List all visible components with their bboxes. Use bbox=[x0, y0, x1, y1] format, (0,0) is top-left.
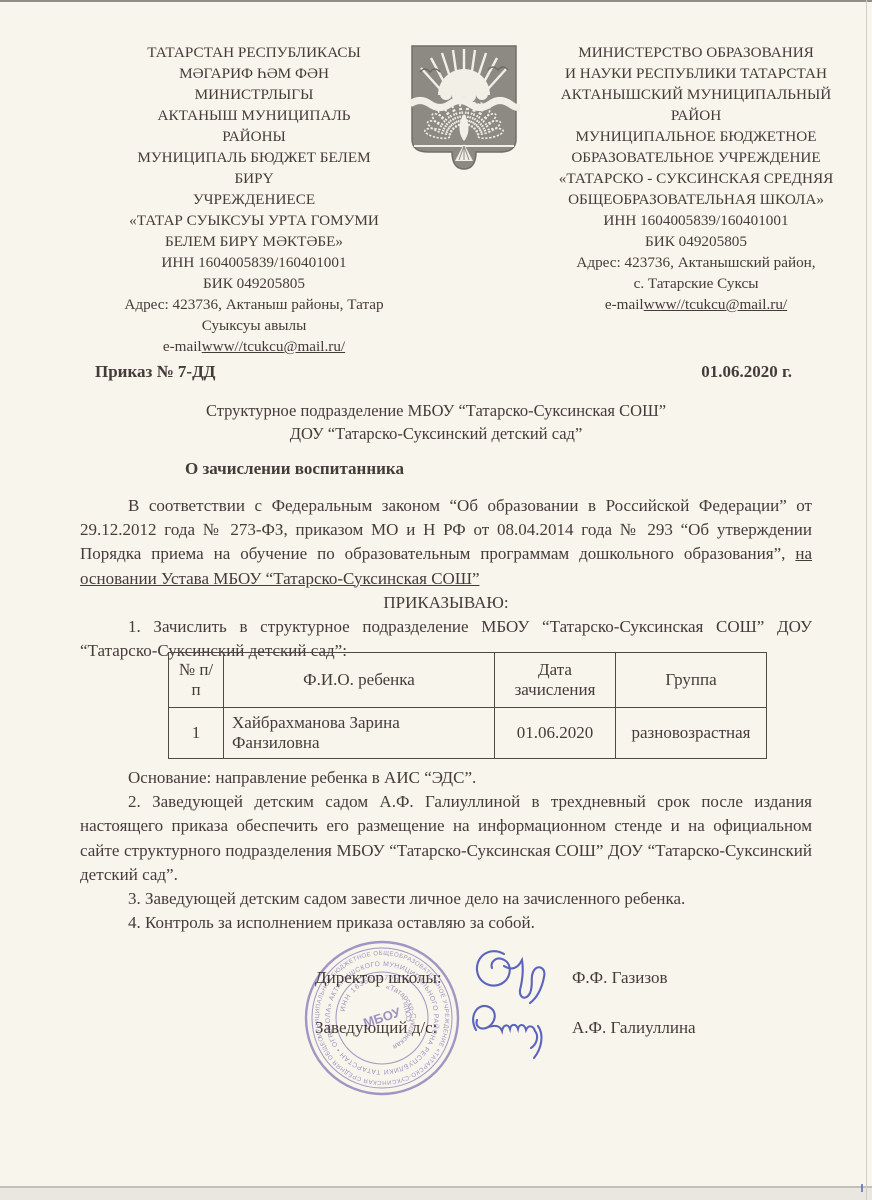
subject-line: ДОУ “Татарско-Суксинский детский сад” bbox=[0, 422, 872, 445]
header-line: МУНИЦИПАЛЬ БЮДЖЕТ БЕЛЕМ bbox=[88, 147, 420, 168]
header-line: МУНИЦИПАЛЬНОЕ БЮДЖЕТНОЕ bbox=[526, 126, 866, 147]
table-header-row: № п/п Ф.И.О. ребенка Дата зачисления Гру… bbox=[169, 653, 767, 708]
column-header: № п/п bbox=[169, 653, 224, 708]
column-header: Группа bbox=[616, 653, 767, 708]
header-line: БЕЛЕМ БИРҮ МӘКТӘБЕ» bbox=[88, 231, 420, 252]
header-line: И НАУКИ РЕСПУБЛИКИ ТАТАРСТАН bbox=[526, 63, 866, 84]
header-email-line: e-mailwww//tcukcu@mail.ru/ bbox=[526, 294, 866, 315]
header-line: «ТАТАР СУЫКСУЫ УРТА ГОМУМИ bbox=[88, 210, 420, 231]
header-line: БИК 049205805 bbox=[526, 231, 866, 252]
header-line: МИНИСТЕРСТВО ОБРАЗОВАНИЯ bbox=[526, 42, 866, 63]
order-date: 01.06.2020 г. bbox=[701, 362, 792, 382]
header-line: Адрес: 423736, Актаныш районы, Татар bbox=[88, 294, 420, 315]
header-line: Адрес: 423736, Актанышский район, bbox=[526, 252, 866, 273]
preamble-text: В соответствии с Федеральным законом “Об… bbox=[80, 496, 812, 563]
header-line: МИНИСТРЛЫГЫ bbox=[88, 84, 420, 105]
order-subject: Структурное подразделение МБОУ “Татарско… bbox=[0, 399, 872, 445]
table-row: 1 Хайбрахманова Зарина Фанзиловна 01.06.… bbox=[169, 708, 767, 759]
header-line: ТАТАРСТАН РЕСПУБЛИКАСЫ bbox=[88, 42, 420, 63]
head-signature bbox=[462, 996, 578, 1075]
order-number-row: Приказ № 7-ДД 01.06.2020 г. bbox=[95, 362, 792, 382]
school-round-stamp: МУНИЦИПАЛЬНОЕ БЮДЖЕТНОЕ ОБЩЕОБРАЗОВАТЕЛЬ… bbox=[302, 938, 462, 1103]
column-header: Дата зачисления bbox=[495, 653, 616, 708]
resolve-word: ПРИКАЗЫВАЮ: bbox=[80, 591, 812, 615]
header-line: с. Татарские Суксы bbox=[526, 273, 866, 294]
scan-artifact-tick bbox=[861, 1184, 863, 1192]
header-line: РАЙОН bbox=[526, 105, 866, 126]
header-line: МӘГАРИФ ҺӘМ ФӘН bbox=[88, 63, 420, 84]
header-line: УЧРЕЖДЕНИЕСЕ bbox=[88, 189, 420, 210]
order-body-top: В соответствии с Федеральным законом “Об… bbox=[80, 494, 812, 663]
header-line: Суыксуы авылы bbox=[88, 315, 420, 336]
preamble-paragraph: В соответствии с Федеральным законом “Об… bbox=[80, 494, 812, 591]
order-item-2: 2. Заведующей детским садом А.Ф. Галиулл… bbox=[80, 790, 812, 887]
order-item-4: 4. Контроль за исполнением приказа остав… bbox=[80, 911, 812, 935]
header-line: АКТАНЫШСКИЙ МУНИЦИПАЛЬНЫЙ bbox=[526, 84, 866, 105]
header-email-line: e-mailwww//tcukcu@mail.ru/ bbox=[88, 336, 420, 357]
email-prefix: e-mail bbox=[163, 338, 202, 355]
scan-edge-right bbox=[866, 0, 867, 1200]
signature-name-head: А.Ф. Галиуллина bbox=[572, 1018, 696, 1038]
header-line: БИК 049205805 bbox=[88, 273, 420, 294]
cell-group: разновозрастная bbox=[616, 708, 767, 759]
cell-enroll-date: 01.06.2020 bbox=[495, 708, 616, 759]
basis-line: Основание: направление ребенка в АИС “ЭД… bbox=[80, 766, 812, 790]
email-prefix: e-mail bbox=[605, 296, 644, 313]
subject-line: Структурное подразделение МБОУ “Татарско… bbox=[0, 399, 872, 422]
order-item-3: 3. Заведующей детским садом завести личн… bbox=[80, 887, 812, 911]
header-line: АКТАНЫШ МУНИЦИПАЛЬ bbox=[88, 105, 420, 126]
column-header: Ф.И.О. ребенка bbox=[224, 653, 495, 708]
header-line: ОБЩЕОБРАЗОВАТЕЛЬНАЯ ШКОЛА» bbox=[526, 189, 866, 210]
enrollment-table: № п/п Ф.И.О. ребенка Дата зачисления Гру… bbox=[168, 652, 767, 759]
header-line: БИРҮ bbox=[88, 168, 420, 189]
header-line: ОБРАЗОВАТЕЛЬНОЕ УЧРЕЖДЕНИЕ bbox=[526, 147, 866, 168]
header-right-column: МИНИСТЕРСТВО ОБРАЗОВАНИЯ И НАУКИ РЕСПУБЛ… bbox=[526, 42, 866, 315]
header-line: РАЙОНЫ bbox=[88, 126, 420, 147]
cell-child-name: Хайбрахманова Зарина Фанзиловна bbox=[224, 708, 495, 759]
scan-edge-bottom bbox=[0, 1188, 872, 1200]
signature-name-director: Ф.Ф. Газизов bbox=[572, 968, 668, 988]
cell-number: 1 bbox=[169, 708, 224, 759]
header-line: ИНН 1604005839/160401001 bbox=[88, 252, 420, 273]
email-link: www//tcukcu@mail.ru/ bbox=[202, 338, 345, 355]
aktanysh-coat-of-arms bbox=[408, 42, 520, 180]
scanned-order-document: ТАТАРСТАН РЕСПУБЛИКАСЫ МӘГАРИФ ҺӘМ ФӘН М… bbox=[0, 0, 872, 1200]
email-link: www//tcukcu@mail.ru/ bbox=[644, 296, 787, 313]
scan-edge-top bbox=[0, 0, 872, 2]
header-line: «ТАТАРСКО - СУКСИНСКАЯ СРЕДНЯЯ bbox=[526, 168, 866, 189]
header-line: ИНН 1604005839/160401001 bbox=[526, 210, 866, 231]
order-number: Приказ № 7-ДД bbox=[95, 362, 215, 382]
stamp-center-abbr: МБОУ bbox=[361, 1004, 403, 1030]
header-left-column: ТАТАРСТАН РЕСПУБЛИКАСЫ МӘГАРИФ ҺӘМ ФӘН М… bbox=[88, 42, 420, 357]
order-body-bottom: Основание: направление ребенка в АИС “ЭД… bbox=[80, 766, 812, 935]
page-title: О зачислении воспитанника bbox=[185, 459, 404, 479]
